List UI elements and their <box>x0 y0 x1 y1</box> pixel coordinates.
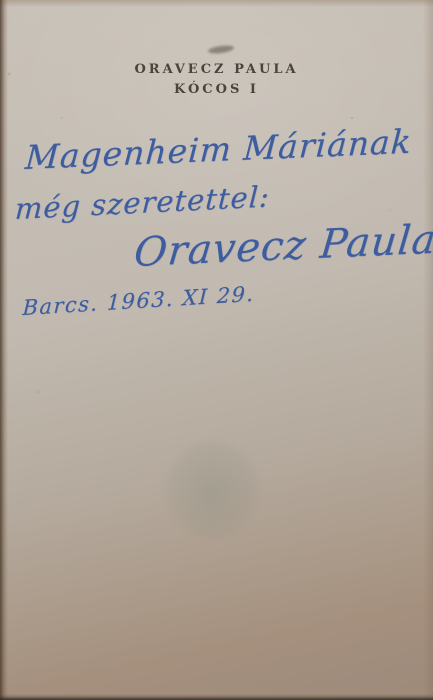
page-edge-left <box>0 0 8 700</box>
handwritten-author-signature: Oravecz Paula <box>132 217 433 276</box>
book-page: ORAVECZ PAULA KÓCOS I Magenheim Máriának… <box>0 0 433 700</box>
handwritten-place-and-date: Barcs. 1963. XI 29. <box>22 282 255 320</box>
handwritten-dedication-greeting: még szeretettel: <box>14 179 271 226</box>
page-edge-top <box>0 0 433 7</box>
page-edge-bottom <box>0 694 433 700</box>
printed-book-title: KÓCOS I <box>0 82 433 97</box>
printed-half-title-block: ORAVECZ PAULA KÓCOS I <box>0 62 433 97</box>
handwritten-dedication-recipient: Magenheim Máriának <box>24 122 413 177</box>
show-through-stain <box>165 440 260 540</box>
page-edge-right <box>423 0 433 700</box>
paper-foxing-spots <box>0 0 433 700</box>
printed-author-name: ORAVECZ PAULA <box>0 62 433 77</box>
pencil-smudge <box>208 44 235 55</box>
